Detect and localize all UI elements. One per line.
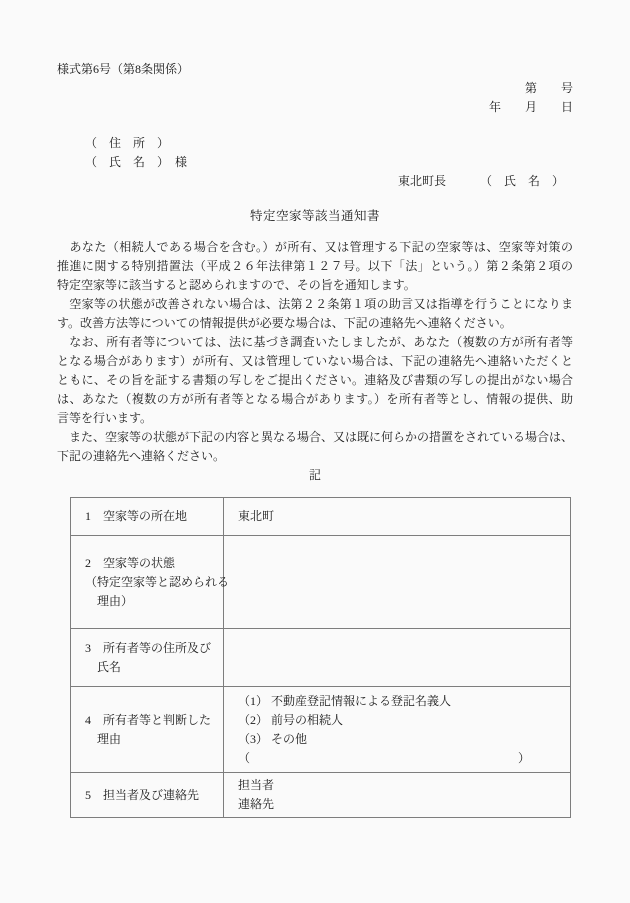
paren-close: ） xyxy=(518,749,530,768)
recipient-block: （ 住 所 ） （ 氏 名 ） 様 xyxy=(85,134,573,172)
body-text: あなた（相続人である場合を含む。）が所有、又は管理する下記の空家等は、空家等対策… xyxy=(57,238,573,466)
table-row-location: 1 空家等の所在地 東北町 xyxy=(71,498,571,536)
value-cell-owner-reason: （1） 不動産登記情報による登記名義人（2） 前号の相続人（3） その他 （ ） xyxy=(224,687,571,773)
value-cell-condition xyxy=(224,536,571,629)
notice-table: 1 空家等の所在地 東北町 2 空家等の状態（特定空家等と認められる 理由） 3… xyxy=(70,497,571,818)
form-number: 様式第6号（第8条関係） xyxy=(57,0,573,79)
paragraph-3: なお、所有者等については、法に基づき調査いたしましたが、あなた（複数の方が所有者… xyxy=(57,333,573,428)
document-page: 様式第6号（第8条関係） 第 号 年 月 日 （ 住 所 ） （ 氏 名 ） 様… xyxy=(0,0,630,903)
label-cell-contact: 5 担当者及び連絡先 xyxy=(71,773,224,818)
value-cell-owner-address xyxy=(224,629,571,687)
ki-label: 記 xyxy=(57,466,573,485)
date-line: 年 月 日 xyxy=(57,98,573,117)
table-row-owner-reason: 4 所有者等と判断した 理由 （1） 不動産登記情報による登記名義人（2） 前号… xyxy=(71,687,571,773)
document-title: 特定空家等該当通知書 xyxy=(57,207,573,226)
doc-number-line: 第 号 xyxy=(57,79,573,98)
label-cell-owner-address: 3 所有者等の住所及び 氏名 xyxy=(71,629,224,687)
label-cell-condition: 2 空家等の状態（特定空家等と認められる 理由） xyxy=(71,536,224,629)
value-cell-location: 東北町 xyxy=(224,498,571,536)
table-row-condition: 2 空家等の状態（特定空家等と認められる 理由） xyxy=(71,536,571,629)
issuer-line: 東北町長 （ 氏 名 ） xyxy=(398,172,573,191)
issuer-name: （ 氏 名 ） xyxy=(480,172,564,191)
recipient-address: （ 住 所 ） xyxy=(85,134,573,153)
label-cell-owner-reason: 4 所有者等と判断した 理由 xyxy=(71,687,224,773)
paragraph-4: また、空家等の状態が下記の内容と異なる場合、又は既に何らかの措置をされている場合… xyxy=(57,428,573,466)
table-row-contact: 5 担当者及び連絡先 担当者連絡先 xyxy=(71,773,571,818)
recipient-name: （ 氏 名 ） 様 xyxy=(85,153,573,172)
paren-open: （ xyxy=(238,749,250,768)
paragraph-1: あなた（相続人である場合を含む。）が所有、又は管理する下記の空家等は、空家等対策… xyxy=(57,238,573,295)
label-cell-location: 1 空家等の所在地 xyxy=(71,498,224,536)
paragraph-2: 空家等の状態が改善されない場合は、法第２２条第１項の助言又は指導を行うことになり… xyxy=(57,295,573,333)
table-row-owner-address: 3 所有者等の住所及び 氏名 xyxy=(71,629,571,687)
issuer-title: 東北町長 xyxy=(398,172,446,191)
value-cell-contact: 担当者連絡先 xyxy=(224,773,571,818)
other-reason-blank: （ ） xyxy=(238,749,530,768)
